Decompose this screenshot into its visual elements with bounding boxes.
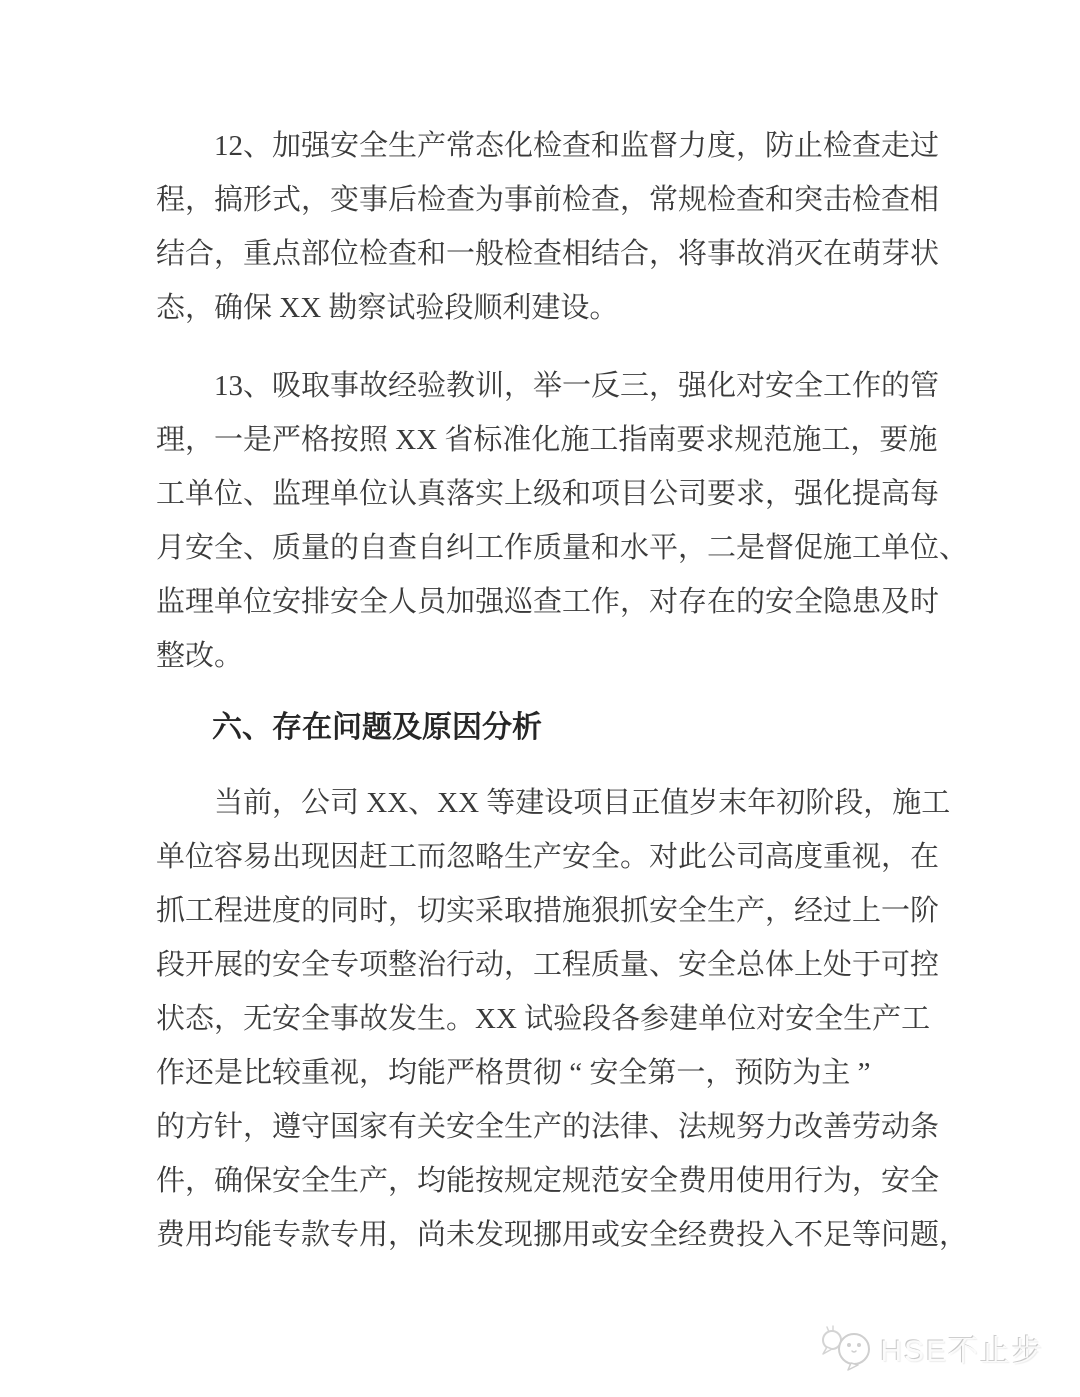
text-line: 状态，无安全事故发生。XX 试验段各参建单位对安全生产工 <box>156 992 940 1046</box>
paragraph-13: 13、吸取事故经验教训，举一反三，强化对安全工作的管理，一是严格按照 XX 省标… <box>156 359 940 683</box>
text-line: 的方针，遵守国家有关安全生产的法律、法规努力改善劳动条 <box>156 1100 940 1154</box>
text-line: 12、加强安全生产常态化检查和监督力度，防止检查走过 <box>156 119 940 173</box>
text-line: 段开展的安全专项整治行动，工程质量、安全总体上处于可控 <box>156 938 940 992</box>
paragraph-current-status: 当前，公司 XX、XX 等建设项目正值岁末年初阶段，施工单位容易出现因赶工而忽略… <box>156 776 940 1262</box>
text-line: 程，搞形式，变事后检查为事前检查，常规检查和突击检查相 <box>156 173 940 227</box>
text-line: 月安全、质量的自查自纠工作质量和水平，二是督促施工单位、 <box>156 521 940 575</box>
text-line: 态，确保 XX 勘察试验段顺利建设。 <box>156 281 940 335</box>
text-line: 整改。 <box>156 629 940 683</box>
text-line: 结合，重点部位检查和一般检查相结合，将事故消灭在萌芽状 <box>156 227 940 281</box>
text-line: 抓工程进度的同时，切实采取措施狠抓安全生产，经过上一阶 <box>156 884 940 938</box>
document-body: 12、加强安全生产常态化检查和监督力度，防止检查走过程，搞形式，变事后检查为事前… <box>156 119 940 1262</box>
text-line: 件，确保安全生产，均能按规定规范安全费用使用行为，安全 <box>156 1154 940 1208</box>
watermark: HSE不止步 <box>821 1325 1044 1371</box>
paragraph-12: 12、加强安全生产常态化检查和监督力度，防止检查走过程，搞形式，变事后检查为事前… <box>156 119 940 335</box>
text-line: 13、吸取事故经验教训，举一反三，强化对安全工作的管 <box>156 359 940 413</box>
chat-bubble-mascot-icon <box>821 1325 875 1371</box>
text-line: 单位容易出现因赶工而忽略生产安全。对此公司高度重视，在 <box>156 830 940 884</box>
watermark-label: HSE不止步 <box>880 1326 1044 1370</box>
heading-section-6: 六、存在问题及原因分析 <box>156 701 940 755</box>
text-line: 理，一是严格按照 XX 省标准化施工指南要求规范施工，要施 <box>156 413 940 467</box>
text-line: 作还是比较重视，均能严格贯彻 “ 安全第一，预防为主 ” <box>156 1046 940 1100</box>
document-page: 12、加强安全生产常态化检查和监督力度，防止检查走过程，搞形式，变事后检查为事前… <box>0 0 1080 1397</box>
text-line: 监理单位安排安全人员加强巡查工作，对存在的安全隐患及时 <box>156 575 940 629</box>
text-line: 当前，公司 XX、XX 等建设项目正值岁末年初阶段，施工 <box>156 776 940 830</box>
text-line: 费用均能专款专用，尚未发现挪用或安全经费投入不足等问题， <box>156 1208 940 1262</box>
text-line: 工单位、监理单位认真落实上级和项目公司要求，强化提高每 <box>156 467 940 521</box>
